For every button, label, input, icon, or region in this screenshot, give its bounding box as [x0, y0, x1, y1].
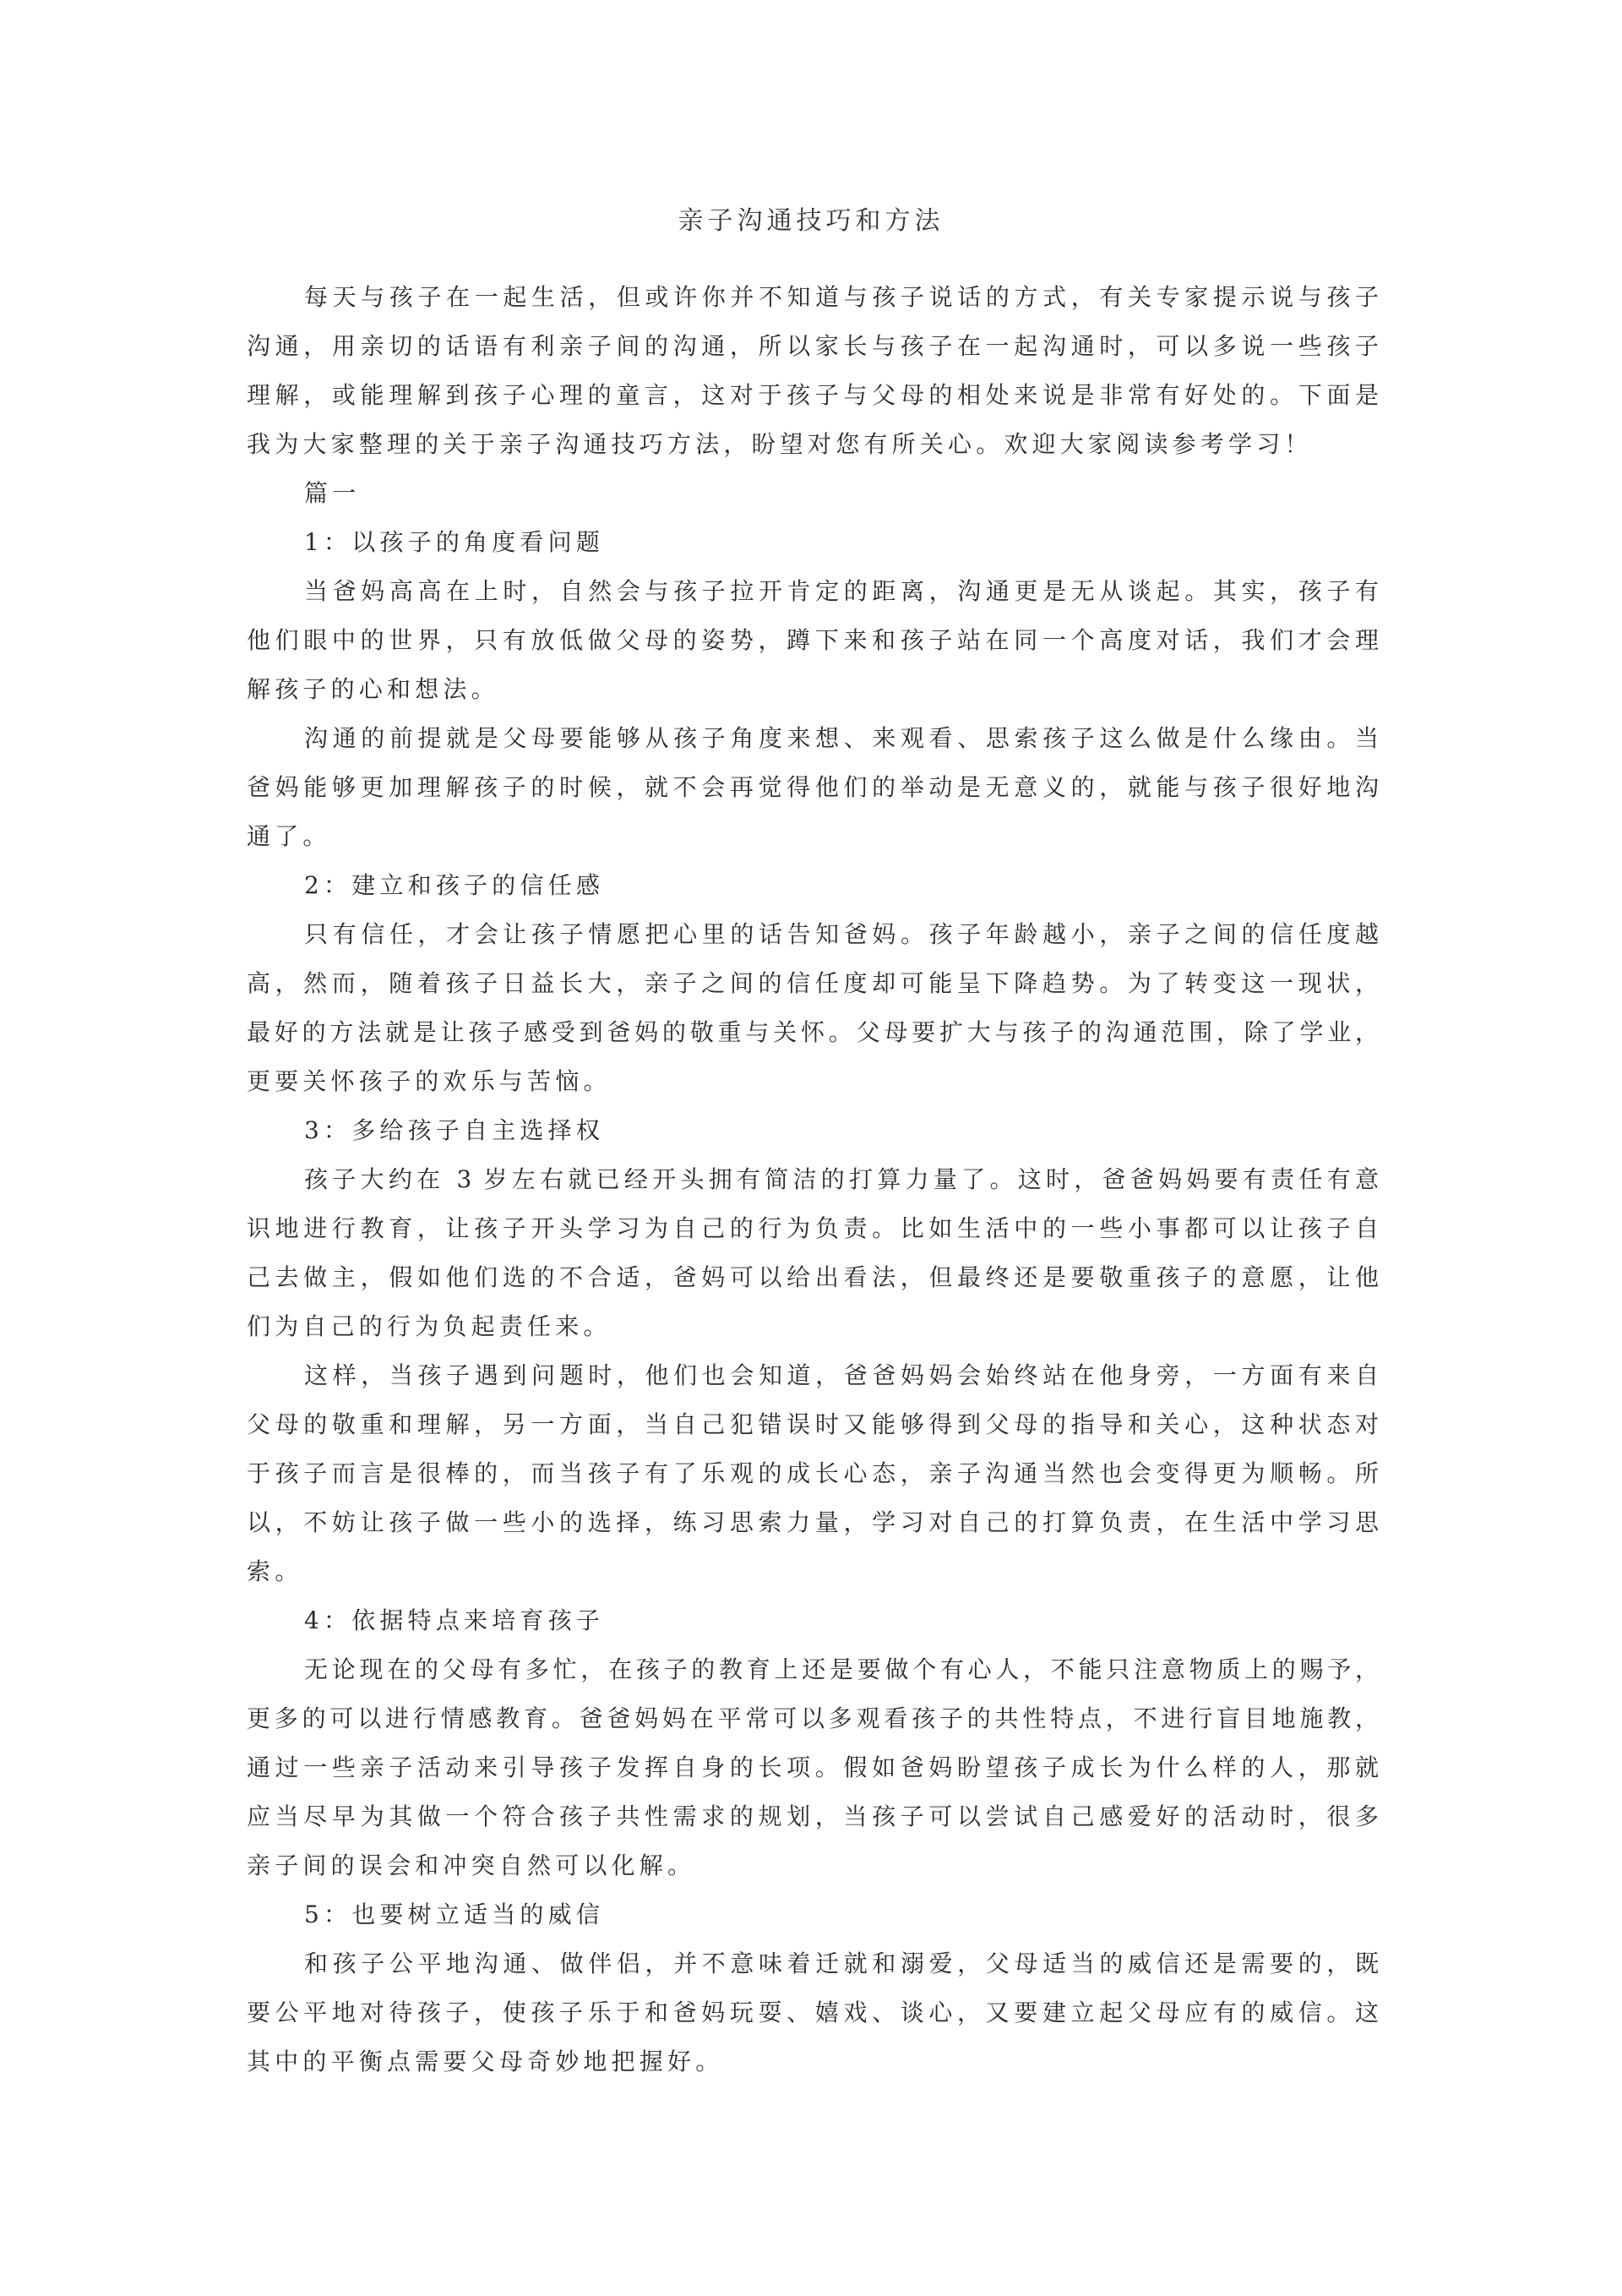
paragraph-line: 父母的敬重和理解，另一方面，当自己犯错误时又能够得到父母的指导和关心，这种状态对: [247, 1400, 1379, 1449]
paragraph-line: 更要关怀孩子的欢乐与苦恼。: [247, 1057, 1379, 1106]
paragraph-line: 他们眼中的世界，只有放低做父母的姿势，蹲下来和孩子站在同一个高度对话，我们才会理: [247, 616, 1379, 665]
paragraph-line: 要公平地对待孩子，使孩子乐于和爸妈玩耍、嬉戏、谈心，又要建立起父母应有的威信。这: [247, 1988, 1379, 2037]
paragraph-line: 这样，当孩子遇到问题时，他们也会知道，爸爸妈妈会始终站在他身旁，一方面有来自: [247, 1351, 1379, 1400]
paragraph-line: 其中的平衡点需要父母奇妙地把握好。: [247, 2037, 1379, 2086]
paragraph-line: 索。: [247, 1547, 1379, 1596]
paragraph-line: 高，然而，随着孩子日益长大，亲子之间的信任度却可能呈下降趋势。为了转变这一现状，: [247, 959, 1379, 1008]
paragraph-line: 无论现在的父母有多忙，在孩子的教育上还是要做个有心人，不能只注意物质上的赐予，: [247, 1645, 1379, 1694]
paragraph-line: 爸妈能够更加理解孩子的时候，就不会再觉得他们的举动是无意义的，就能与孩子很好地沟: [247, 763, 1379, 812]
section-heading: 3：多给孩子自主选择权: [247, 1106, 1379, 1155]
paragraph-line: 亲子间的误会和冲突自然可以化解。: [247, 1841, 1379, 1890]
paragraph-line: 最好的方法就是让孩子感受到爸妈的敬重与关怀。父母要扩大与孩子的沟通范围，除了学业…: [247, 1008, 1379, 1057]
paragraph-line: 应当尽早为其做一个符合孩子共性需求的规划，当孩子可以尝试自己感爱好的活动时，很多: [247, 1792, 1379, 1841]
paragraph-line: 以，不妨让孩子做一些小的选择，练习思索力量，学习对自己的打算负责，在生活中学习思: [247, 1498, 1379, 1547]
paragraph-line: 们为自己的行为负起责任来。: [247, 1302, 1379, 1351]
paragraph-line: 更多的可以进行情感教育。爸爸妈妈在平常可以多观看孩子的共性特点，不进行盲目地施教…: [247, 1694, 1379, 1743]
section-heading: 4：依据特点来培育孩子: [247, 1596, 1379, 1645]
paragraph-line: 通过一些亲子活动来引导孩子发挥自身的长项。假如爸妈盼望孩子成长为什么样的人，那就: [247, 1743, 1379, 1792]
paragraph-line: 通了。: [247, 812, 1379, 861]
paragraph-line: 己去做主，假如他们选的不合适，爸妈可以给出看法，但最终还是要敬重孩子的意愿，让他: [247, 1253, 1379, 1302]
paragraph-line: 于孩子而言是很棒的，而当孩子有了乐观的成长心态，亲子沟通当然也会变得更为顺畅。所: [247, 1449, 1379, 1498]
section-heading: 1：以孩子的角度看问题: [247, 518, 1379, 567]
paragraph-line: 孩子大约在 3 岁左右就已经开头拥有简洁的打算力量了。这时，爸爸妈妈要有责任有意: [247, 1155, 1379, 1204]
document-body: 每天与孩子在一起生活，但或许你并不知道与孩子说话的方式，有关专家提示说与孩子沟通…: [247, 273, 1379, 2086]
paragraph-line: 只有信任，才会让孩子情愿把心里的话告知爸妈。孩子年龄越小，亲子之间的信任度越: [247, 910, 1379, 959]
paragraph-line: 我为大家整理的关于亲子沟通技巧方法，盼望对您有所关心。欢迎大家阅读参考学习！: [247, 420, 1379, 469]
paragraph-line: 和孩子公平地沟通、做伴侣，并不意味着迁就和溺爱，父母适当的威信还是需要的，既: [247, 1939, 1379, 1988]
paragraph-line: 理解，或能理解到孩子心理的童言，这对于孩子与父母的相处来说是非常有好处的。下面是: [247, 371, 1379, 420]
paragraph-line: 解孩子的心和想法。: [247, 665, 1379, 714]
paragraph-line: 当爸妈高高在上时，自然会与孩子拉开肯定的距离，沟通更是无从谈起。其实，孩子有: [247, 567, 1379, 616]
section-heading: 2：建立和孩子的信任感: [247, 861, 1379, 910]
paragraph-line: 识地进行教育，让孩子开头学习为自己的行为负责。比如生活中的一些小事都可以让孩子自: [247, 1204, 1379, 1253]
paragraph-line: 沟通，用亲切的话语有利亲子间的沟通，所以家长与孩子在一起沟通时，可以多说一些孩子: [247, 322, 1379, 371]
section-heading: 5：也要树立适当的威信: [247, 1890, 1379, 1939]
document-page: 亲子沟通技巧和方法 每天与孩子在一起生活，但或许你并不知道与孩子说话的方式，有关…: [0, 0, 1622, 2296]
paragraph-line: 沟通的前提就是父母要能够从孩子角度来想、来观看、思索孩子这么做是什么缘由。当: [247, 714, 1379, 763]
paragraph-line: 每天与孩子在一起生活，但或许你并不知道与孩子说话的方式，有关专家提示说与孩子: [247, 273, 1379, 322]
document-title: 亲子沟通技巧和方法: [0, 203, 1622, 240]
section-heading: 篇一: [247, 469, 1379, 518]
